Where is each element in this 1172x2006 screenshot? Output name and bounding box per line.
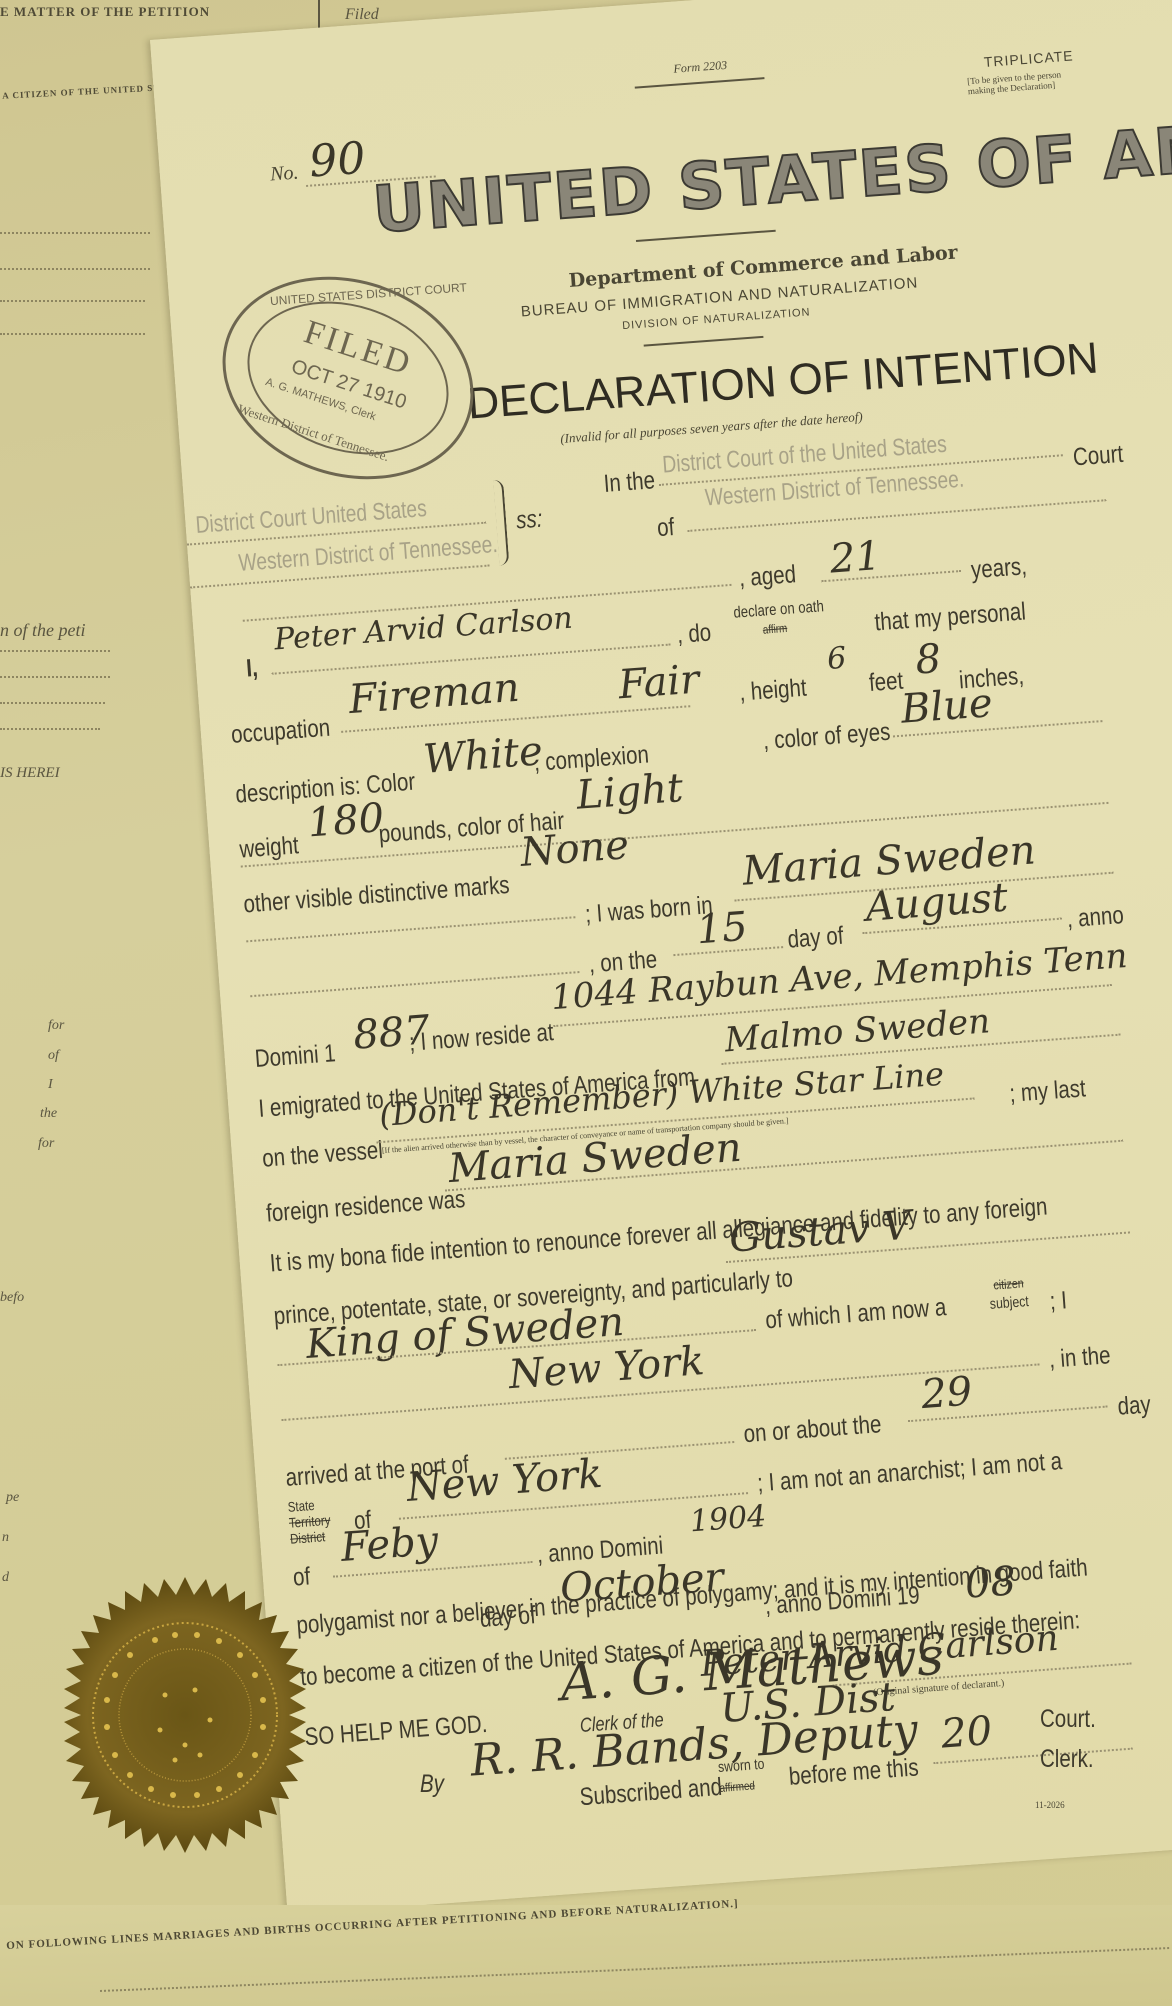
height-inches: 8 (914, 636, 943, 684)
marks-label: other visible distinctive marks (243, 871, 511, 919)
number-label: No. (269, 162, 299, 187)
years-label: years, (970, 552, 1028, 585)
vessel-label: on the vessel (261, 1136, 384, 1174)
weight-label: weight (239, 831, 300, 864)
margin-fragment: I (48, 1077, 53, 1093)
country-title: UNITED STATES OF AMERICA (370, 96, 1172, 248)
margin-fragment: n of the peti (0, 620, 85, 641)
petition-heading: E MATTER OF THE PETITION (0, 4, 210, 20)
in-the-label: In the (603, 466, 656, 499)
rule (644, 336, 764, 347)
subscribed-label: Subscribed and (579, 1773, 723, 1812)
anarchist-text: ; I am not an anarchist; I am not a (756, 1447, 1063, 1498)
margin-fragment: of (48, 1048, 59, 1064)
affirm-label: affirm (762, 621, 787, 637)
before-label: before me this (788, 1753, 920, 1791)
last-label: ; my last (1008, 1074, 1086, 1109)
of-label: of (656, 513, 675, 543)
form-number: Form 2203 (673, 58, 728, 77)
jurat-day: 20 (940, 1708, 994, 1758)
foreign-residence-label: foreign residence was (265, 1185, 466, 1229)
margin-fragment: n (2, 1530, 9, 1546)
dotted-line (0, 728, 100, 730)
declare-label: declare on oath (733, 598, 825, 623)
which-label: of which I am now a (764, 1293, 947, 1335)
complexion-value: Fair (617, 657, 701, 709)
semicolon-i: ; I (1049, 1286, 1068, 1316)
oath-close: SO HELP ME GOD. (304, 1710, 489, 1752)
margin-fragment: IS HEREI (0, 765, 60, 782)
marks-value: None (519, 822, 631, 876)
dotted-line (0, 333, 145, 335)
arrival-day: 29 (920, 1368, 974, 1418)
margin-fragment: the (40, 1106, 57, 1122)
occupation-value: Fireman (347, 665, 521, 723)
anno-label: , anno (1066, 901, 1125, 934)
number-value: 90 (308, 133, 368, 188)
hair-value: Light (575, 765, 685, 819)
day-label: day (1117, 1390, 1152, 1421)
court-label: Court (1072, 440, 1124, 473)
dotted-line (0, 702, 105, 704)
personal-label: that my personal (874, 597, 1027, 637)
field-line (250, 971, 579, 997)
ss-label: ss: (515, 505, 543, 536)
color-value: White (422, 728, 544, 783)
dotted-line (0, 268, 150, 270)
dotted-line (0, 300, 145, 302)
domini-label: Domini 1 (254, 1039, 337, 1074)
feet-label: feet (868, 667, 904, 698)
copy-note: [To be given to the person making the De… (967, 67, 1088, 96)
do-label: , do (676, 619, 712, 650)
subject-label: subject (989, 1293, 1029, 1313)
margin-fragment: for (48, 1018, 64, 1034)
declarant-name: Peter Arvid Carlson (273, 601, 574, 658)
margin-fragment: for (38, 1136, 54, 1152)
occupation-label: occupation (230, 714, 331, 750)
in-the-label: , in the (1048, 1341, 1112, 1374)
court-seal-icon (45, 1575, 325, 1855)
rule (636, 230, 776, 242)
age-value: 21 (828, 533, 882, 583)
born-label: ; I was born in (584, 891, 713, 929)
anno-domini-label: , anno Domini (536, 1532, 664, 1570)
district-label: District (290, 1528, 326, 1547)
i-label: I, (245, 654, 258, 684)
weight-value: 180 (306, 795, 386, 846)
birth-day: 15 (695, 904, 749, 954)
dotted-line (0, 676, 110, 678)
height-label: , height (738, 674, 807, 708)
arrival-month: Feby (339, 1518, 440, 1571)
sovereign-value: Gustav V (728, 1202, 913, 1261)
affirmed-label: affirmed (719, 1778, 755, 1795)
aged-label: , aged (738, 560, 797, 593)
dotted-line (0, 232, 150, 234)
dotted-line (0, 650, 110, 652)
reside-label: ; I now reside at (408, 1018, 554, 1058)
citizen-label: citizen (993, 1275, 1024, 1292)
margin-fragment: pe (6, 1490, 19, 1506)
filed-label: Filed (345, 6, 379, 24)
margin-fragment: d (2, 1570, 9, 1586)
about-label: on or about the (743, 1410, 883, 1449)
copy-label: TRIPLICATE (983, 47, 1074, 70)
rule (635, 77, 765, 89)
arrival-year: 1904 (689, 1499, 768, 1539)
field-line (246, 916, 575, 942)
margin-fragment: befo (0, 1290, 24, 1306)
eyes-label: , color of eyes (762, 718, 891, 756)
eyes-value: Blue (899, 680, 994, 733)
height-feet: 6 (826, 641, 848, 677)
sworn-label: sworn to (717, 1756, 765, 1776)
venue-left-1: District Court United States (195, 495, 428, 540)
day-of-label: day of (787, 922, 845, 955)
